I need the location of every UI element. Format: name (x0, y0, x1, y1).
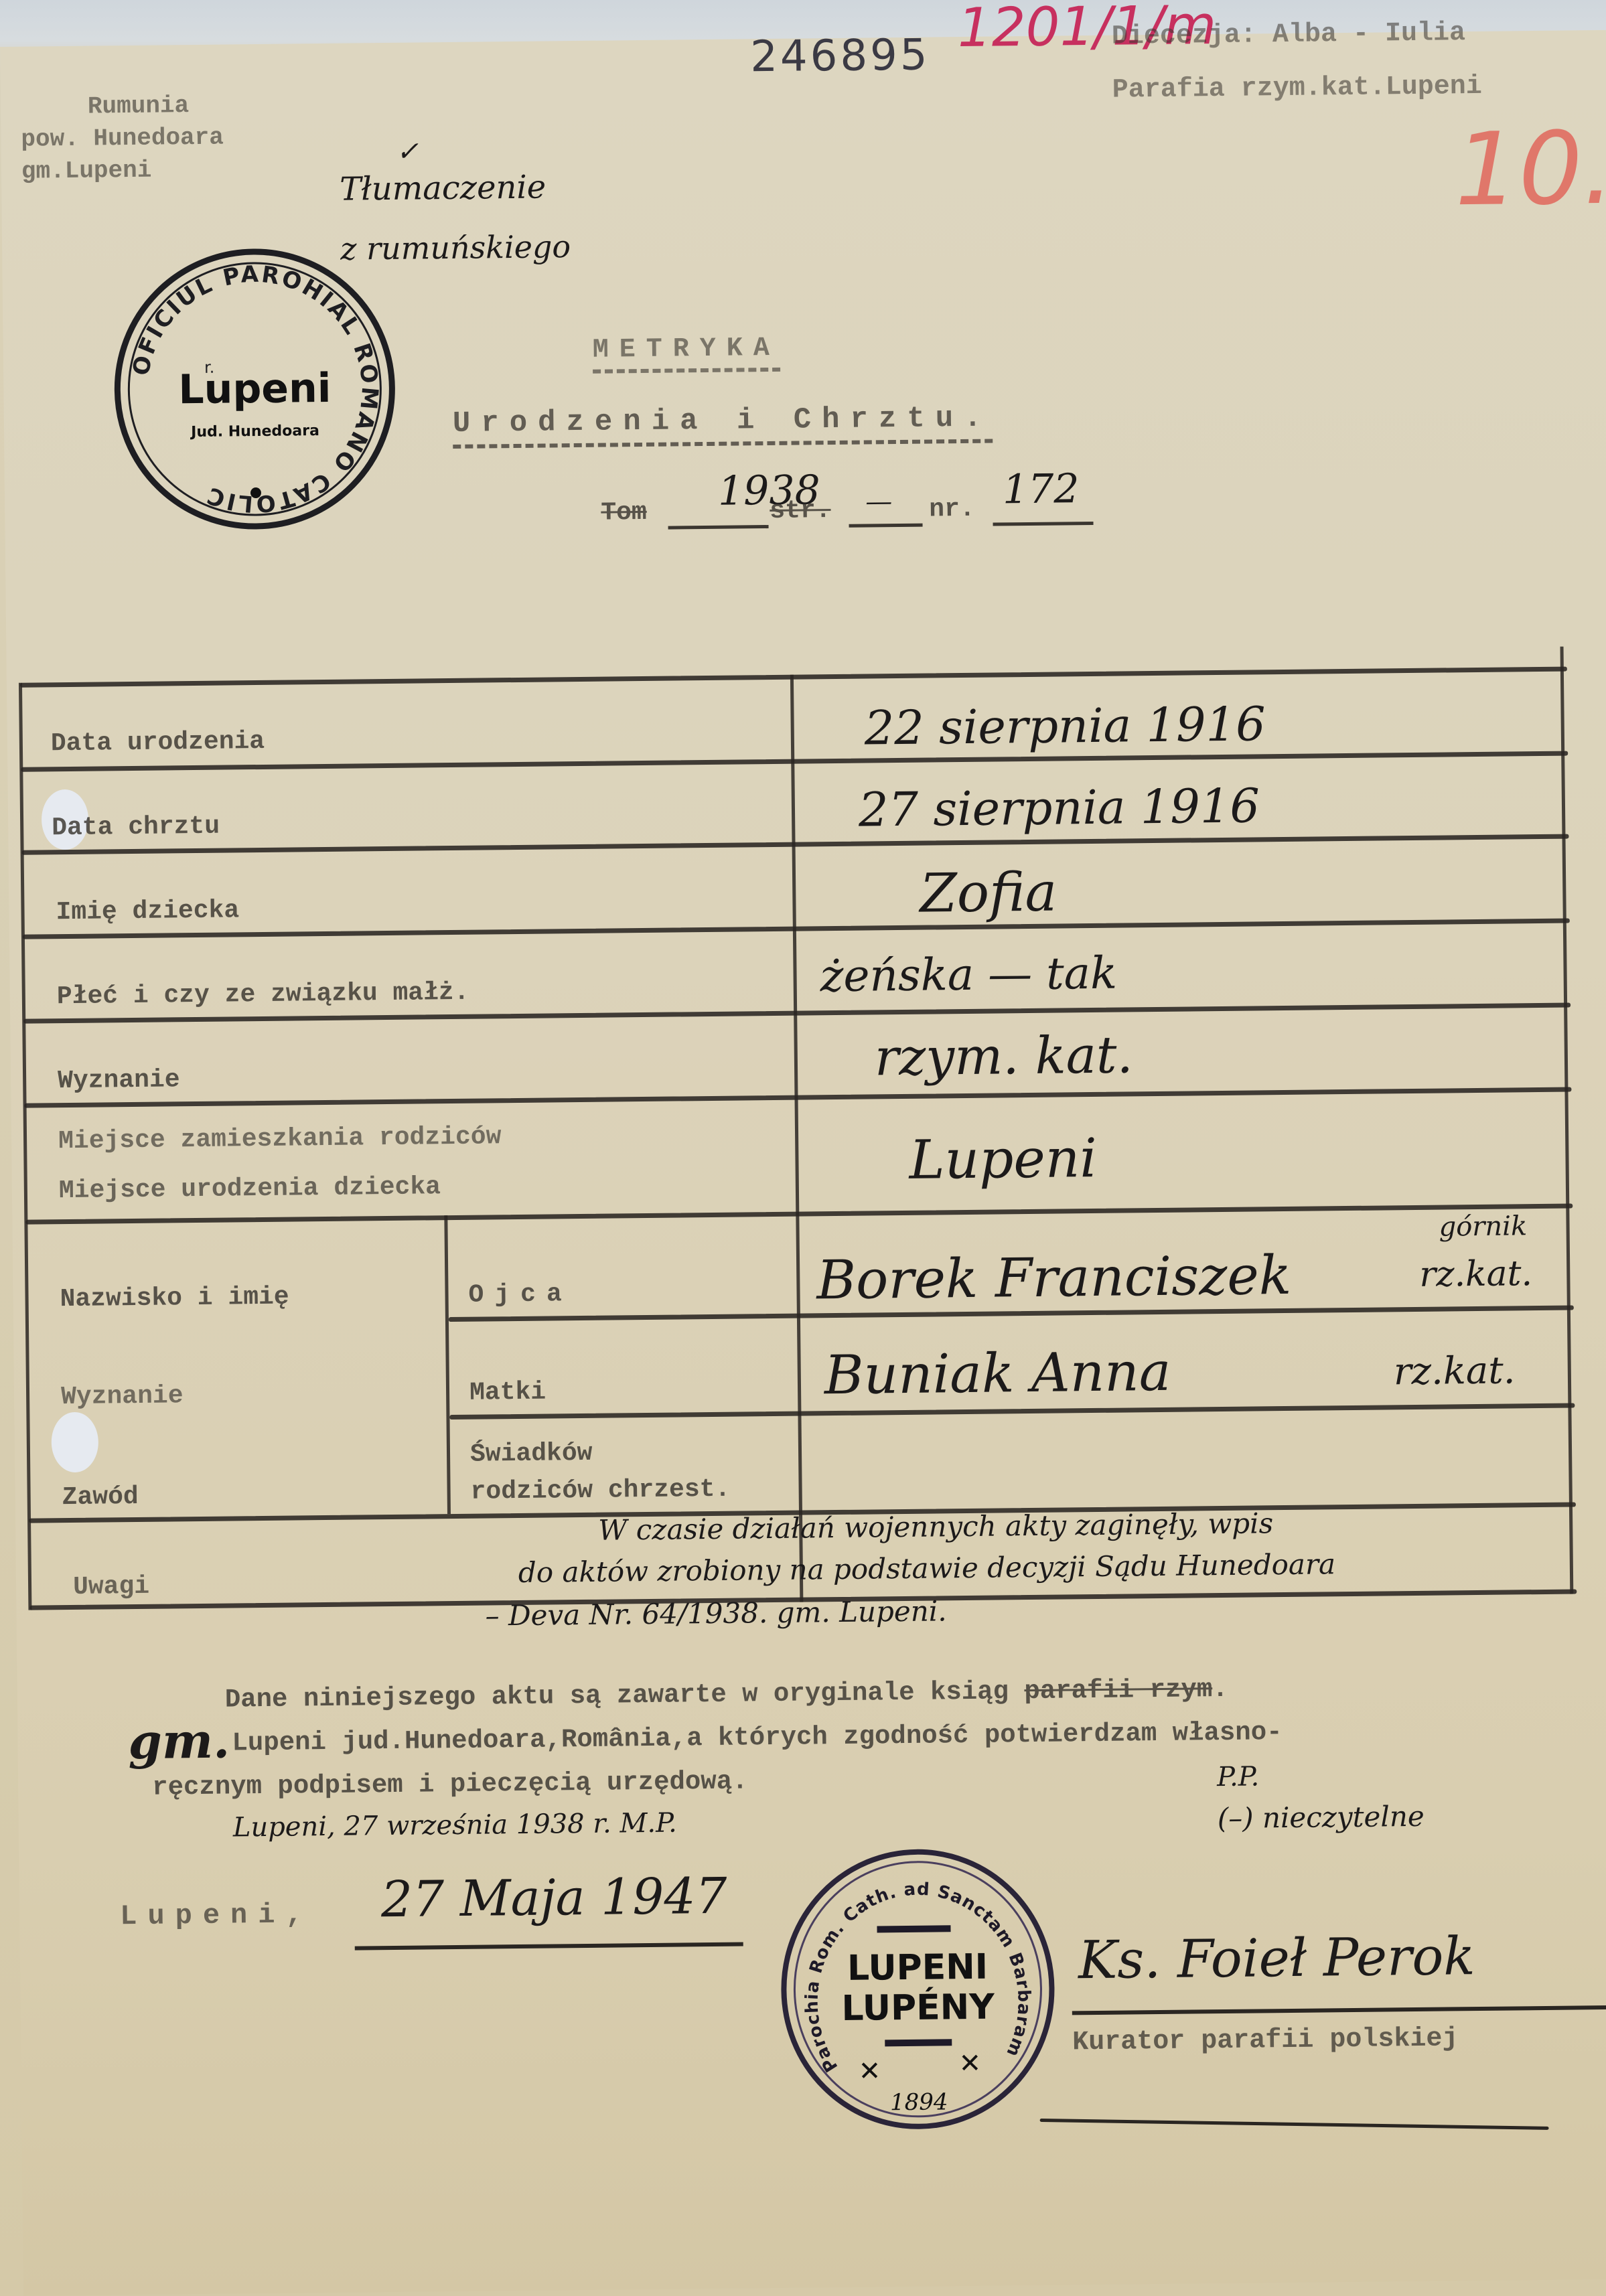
row-label-religion: Wyznanie (58, 1065, 180, 1095)
parents-label-occupation: Zawód (62, 1482, 138, 1512)
illegible-note: (–) nieczytelne (1218, 1800, 1425, 1835)
father-occupation: górnik (1439, 1211, 1527, 1242)
row-label-birth-date: Data urodzenia (51, 727, 265, 758)
certification-hand-note: Lupeni, 27 września 1938 r. M.P. (233, 1808, 677, 1843)
godparents-label-2: rodziców chrzest. (470, 1475, 730, 1507)
mother-name: Buniak Anna (824, 1341, 1171, 1406)
row-label-sex-legitimacy: Płeć i czy ze związku małż. (57, 978, 469, 1011)
remarks-line-1: W czasie działań wojennych akty zaginęły… (598, 1507, 1273, 1547)
row-label-birth-place: Miejsce urodzenia dziecka (59, 1172, 441, 1205)
punch-hole (51, 1412, 98, 1473)
parents-label-name: Nazwisko i imię (60, 1283, 289, 1314)
remarks-label: Uwagi (73, 1572, 149, 1602)
row-value-sex-legitimacy: żeńska — tak (820, 947, 1117, 1002)
father-name: Borek Franciszek (816, 1244, 1292, 1311)
row-value-baptism-date: 27 sierpnia 1916 (859, 778, 1260, 837)
footer-place: Lupeni, (120, 1898, 313, 1932)
svg-text:1894: 1894 (890, 2088, 948, 2116)
father-label: Ojca (468, 1280, 573, 1310)
pp-note: P.P. (1217, 1761, 1260, 1792)
signer-title: Kurator parafii polskiej (1072, 2023, 1459, 2058)
godparents-label: Świadków (470, 1439, 593, 1469)
signature-line (1072, 2005, 1606, 2015)
parish-stamp-bottom: Parochia Rom. Cath. ad Sanctam Barbaram … (776, 1844, 1060, 2135)
struck-text: parafii rzym (1024, 1675, 1212, 1706)
row-value-religion: rzym. kat. (874, 1024, 1133, 1087)
record-table: Data urodzenia 22 sierpnia 1916 Data chr… (0, 30, 1606, 1721)
certification-line-2: Lupeni jud.Hunedoara,România,a których z… (232, 1717, 1282, 1758)
certification-prefix: gm. (128, 1712, 230, 1770)
father-religion: rz.kat. (1419, 1253, 1532, 1295)
signature: Ks. Foieł Perok (1078, 1926, 1475, 1991)
svg-text:LUPENI: LUPENI (847, 1947, 989, 1989)
row-label-parents-residence: Miejsce zamieszkania rodziców (58, 1122, 502, 1156)
footer-date: 27 Maja 1947 (381, 1867, 727, 1928)
mother-religion: rz.kat. (1393, 1349, 1515, 1393)
row-value-child-name: Zofia (920, 861, 1057, 925)
remarks-line-3: – Deva Nr. 64/1938. gm. Lupeni. (485, 1594, 947, 1632)
svg-text:LUPÉNY: LUPÉNY (841, 1987, 995, 2029)
row-label-baptism-date: Data chrztu (52, 812, 220, 843)
certification-line-3: ręcznym podpisem i pieczęcią urzędową. (152, 1766, 748, 1802)
document-page: Rumunia pow. Hunedoara gm.Lupeni ✓ Tłuma… (0, 30, 1606, 2296)
date-underline (355, 1942, 743, 1950)
row-value-place: Lupeni (909, 1127, 1097, 1191)
row-value-birth-date: 22 sierpnia 1916 (864, 696, 1266, 755)
remarks-line-2: do aktów zrobiony na podstawie decyzji S… (518, 1547, 1336, 1589)
parents-label-religion: Wyznanie (61, 1381, 184, 1411)
svg-text:✕: ✕ (958, 2048, 981, 2079)
row-label-child-name: Imię dziecka (56, 896, 239, 927)
flourish-line (1040, 2119, 1549, 2130)
svg-text:✕: ✕ (858, 2056, 881, 2086)
mother-label: Matki (469, 1378, 546, 1407)
